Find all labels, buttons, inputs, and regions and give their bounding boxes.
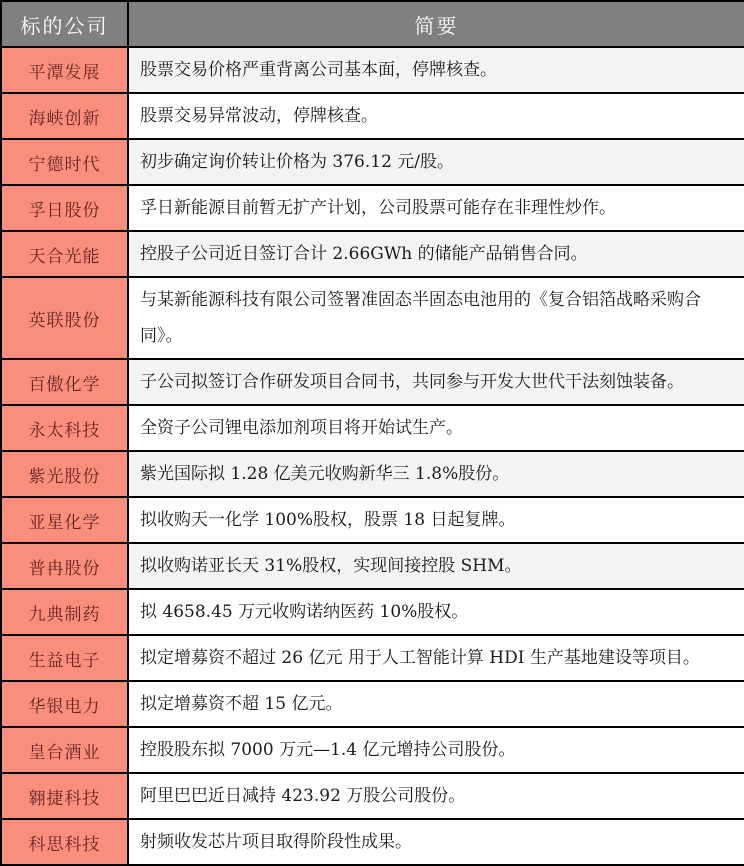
table-row: 天合光能控股子公司近日签订合计 2.66GWh 的储能产品销售合同。: [1, 231, 744, 277]
company-cell: 孚日股份: [1, 185, 128, 231]
table-row: 科思科技射频收发芯片项目取得阶段性成果。: [1, 819, 744, 865]
table-row: 亚星化学拟收购天一化学 100%股权，股票 18 日起复牌。: [1, 497, 744, 543]
brief-cell: 与某新能源科技有限公司签署准固态半固态电池用的《复合铝箔战略采购合同》。: [128, 277, 744, 359]
company-cell: 九典制药: [1, 589, 128, 635]
company-cell: 生益电子: [1, 635, 128, 681]
company-brief-table: 标的公司 简要 平潭发展股票交易价格严重背离公司基本面，停牌核查。海峡创新股票交…: [0, 0, 744, 866]
table-row: 生益电子拟定增募资不超过 26 亿元 用于人工智能计算 HDI 生产基地建设等项…: [1, 635, 744, 681]
header-row: 标的公司 简要: [1, 1, 744, 47]
brief-cell: 子公司拟签订合作研发项目合同书，共同参与开发大世代干法刻蚀装备。: [128, 359, 744, 405]
company-cell: 皇台酒业: [1, 727, 128, 773]
table-body: 平潭发展股票交易价格严重背离公司基本面，停牌核查。海峡创新股票交易异常波动，停牌…: [1, 47, 744, 865]
table-row: 平潭发展股票交易价格严重背离公司基本面，停牌核查。: [1, 47, 744, 93]
company-cell: 亚星化学: [1, 497, 128, 543]
table-row: 华银电力拟定增募资不超 15 亿元。: [1, 681, 744, 727]
header-company: 标的公司: [1, 1, 128, 47]
table-row: 海峡创新股票交易异常波动，停牌核查。: [1, 93, 744, 139]
company-cell: 百傲化学: [1, 359, 128, 405]
table-row: 皇台酒业控股股东拟 7000 万元—1.4 亿元增持公司股份。: [1, 727, 744, 773]
table-row: 九典制药拟 4658.45 万元收购诺纳医药 10%股权。: [1, 589, 744, 635]
table-row: 紫光股份紫光国际拟 1.28 亿美元收购新华三 1.8%股份。: [1, 451, 744, 497]
company-cell: 科思科技: [1, 819, 128, 865]
company-cell: 华银电力: [1, 681, 128, 727]
table-row: 英联股份与某新能源科技有限公司签署准固态半固态电池用的《复合铝箔战略采购合同》。: [1, 277, 744, 359]
company-cell: 平潭发展: [1, 47, 128, 93]
brief-cell: 控股股东拟 7000 万元—1.4 亿元增持公司股份。: [128, 727, 744, 773]
company-cell: 普冉股份: [1, 543, 128, 589]
table-row: 翱捷科技阿里巴巴近日减持 423.92 万股公司股份。: [1, 773, 744, 819]
header-brief: 简要: [128, 1, 744, 47]
table-row: 百傲化学子公司拟签订合作研发项目合同书，共同参与开发大世代干法刻蚀装备。: [1, 359, 744, 405]
brief-cell: 拟收购诺亚长天 31%股权，实现间接控股 SHM。: [128, 543, 744, 589]
table-row: 普冉股份拟收购诺亚长天 31%股权，实现间接控股 SHM。: [1, 543, 744, 589]
brief-cell: 拟定增募资不超过 26 亿元 用于人工智能计算 HDI 生产基地建设等项目。: [128, 635, 744, 681]
brief-cell: 射频收发芯片项目取得阶段性成果。: [128, 819, 744, 865]
brief-cell: 股票交易价格严重背离公司基本面，停牌核查。: [128, 47, 744, 93]
brief-cell: 阿里巴巴近日减持 423.92 万股公司股份。: [128, 773, 744, 819]
brief-cell: 紫光国际拟 1.28 亿美元收购新华三 1.8%股份。: [128, 451, 744, 497]
company-cell: 翱捷科技: [1, 773, 128, 819]
company-cell: 天合光能: [1, 231, 128, 277]
company-cell: 宁德时代: [1, 139, 128, 185]
brief-cell: 孚日新能源目前暂无扩产计划，公司股票可能存在非理性炒作。: [128, 185, 744, 231]
brief-cell: 拟定增募资不超 15 亿元。: [128, 681, 744, 727]
brief-cell: 初步确定询价转让价格为 376.12 元/股。: [128, 139, 744, 185]
table-row: 宁德时代初步确定询价转让价格为 376.12 元/股。: [1, 139, 744, 185]
brief-cell: 股票交易异常波动，停牌核查。: [128, 93, 744, 139]
company-cell: 海峡创新: [1, 93, 128, 139]
company-cell: 英联股份: [1, 277, 128, 359]
table-row: 孚日股份孚日新能源目前暂无扩产计划，公司股票可能存在非理性炒作。: [1, 185, 744, 231]
table-row: 永太科技全资子公司锂电添加剂项目将开始试生产。: [1, 405, 744, 451]
company-cell: 紫光股份: [1, 451, 128, 497]
brief-cell: 拟 4658.45 万元收购诺纳医药 10%股权。: [128, 589, 744, 635]
brief-cell: 控股子公司近日签订合计 2.66GWh 的储能产品销售合同。: [128, 231, 744, 277]
brief-cell: 拟收购天一化学 100%股权，股票 18 日起复牌。: [128, 497, 744, 543]
brief-cell: 全资子公司锂电添加剂项目将开始试生产。: [128, 405, 744, 451]
company-cell: 永太科技: [1, 405, 128, 451]
